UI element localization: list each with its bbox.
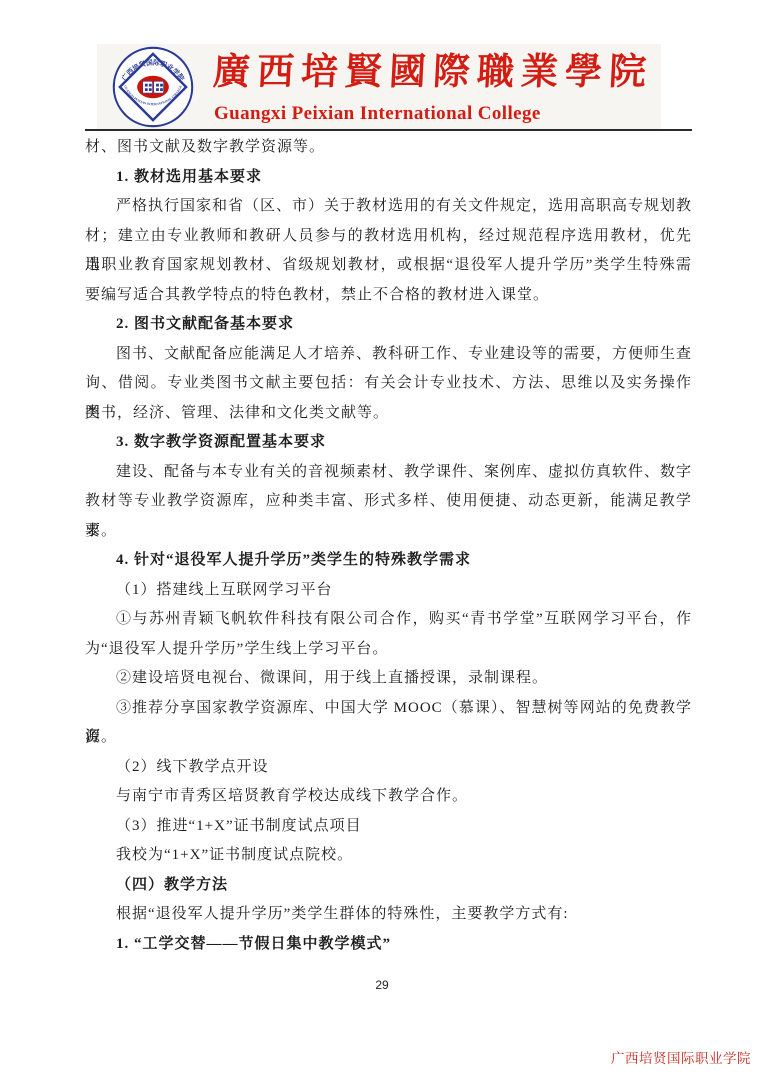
document-line: 求。	[85, 517, 692, 547]
footer-watermark: 广西培贤国际职业学院	[611, 1047, 751, 1067]
document-line: 为“退役军人提升学历”学生线上学习平台。	[85, 635, 692, 665]
college-name-english: Guangxi Peixian International College	[214, 102, 659, 126]
college-name-chinese: 廣西培賢國際職業學院	[212, 48, 660, 98]
header-divider	[85, 129, 692, 131]
document-line: ①与苏州青颖飞帆软件科技有限公司合作，购买“青书学堂”互联网学习平台，作	[85, 605, 692, 635]
document-line: 我校为“1+X”证书制度试点院校。	[85, 841, 692, 871]
document-line: 图书，经济、管理、法律和文化类文献等。	[85, 399, 692, 429]
document-line: 材；建立由专业教师和教研人员参与的教材选用机构，经过规范程序选用教材，优先选	[85, 222, 692, 252]
document-line: 2. 图书文献配备基本要求	[85, 310, 692, 340]
document-line: 4. 针对“退役军人提升学历”类学生的特殊教学需求	[85, 546, 692, 576]
document-line: ③推荐分享国家教学资源库、中国大学 MOOC（慕课）、智慧树等网站的免费教学资	[85, 694, 692, 724]
document-line: 要编写适合其教学特点的特色教材，禁止不合格的教材进入课堂。	[85, 281, 692, 311]
document-line: 询、借阅。专业类图书文献主要包括：有关会计专业技术、方法、思维以及实务操作类	[85, 369, 692, 399]
document-line: 1. 教材选用基本要求	[85, 163, 692, 193]
document-body: 材、图书文献及数字教学资源等。1. 教材选用基本要求严格执行国家和省（区、市）关…	[85, 133, 692, 959]
document-line: 建设、配备与本专业有关的音视频素材、教学课件、案例库、虚拟仿真软件、数字	[85, 458, 692, 488]
document-line: 图书、文献配备应能满足人才培养、教科研工作、专业建设等的需要，方便师生查	[85, 340, 692, 370]
document-line: 1. “工学交替——节假日集中教学模式”	[85, 930, 692, 960]
document-line: 教材等专业教学资源库，应种类丰富、形式多样、使用便捷、动态更新，能满足教学要	[85, 487, 692, 517]
document-line: 根据“退役军人提升学历”类学生群体的特殊性，主要教学方式有:	[85, 900, 692, 930]
document-line: （1）搭建线上互联网学习平台	[85, 576, 692, 606]
college-seal-icon: 广西培贤国际职业学院 GUANGXI PEIXIAN INTERNATIONAL…	[111, 45, 195, 129]
document-line: （2）线下教学点开设	[85, 753, 692, 783]
document-line: ②建设培贤电视台、微课间，用于线上直播授课，录制课程。	[85, 664, 692, 694]
page-header: 广西培贤国际职业学院 GUANGXI PEIXIAN INTERNATIONAL…	[97, 44, 661, 129]
document-line: （3）推进“1+X”证书制度试点项目	[85, 812, 692, 842]
document-line: 3. 数字教学资源配置基本要求	[85, 428, 692, 458]
document-line: 材、图书文献及数字教学资源等。	[85, 133, 692, 163]
document-line: 与南宁市青秀区培贤教育学校达成线下教学合作。	[85, 782, 692, 812]
document-line: 严格执行国家和省（区、市）关于教材选用的有关文件规定，选用高职高专规划教	[85, 192, 692, 222]
document-line: 用职业教育国家规划教材、省级规划教材，或根据“退役军人提升学历”类学生特殊需	[85, 251, 692, 281]
document-page: 广西培贤国际职业学院 GUANGXI PEIXIAN INTERNATIONAL…	[0, 0, 764, 1080]
page-number: 29	[0, 978, 764, 992]
document-line: 源。	[85, 723, 692, 753]
document-line: （四）教学方法	[85, 871, 692, 901]
